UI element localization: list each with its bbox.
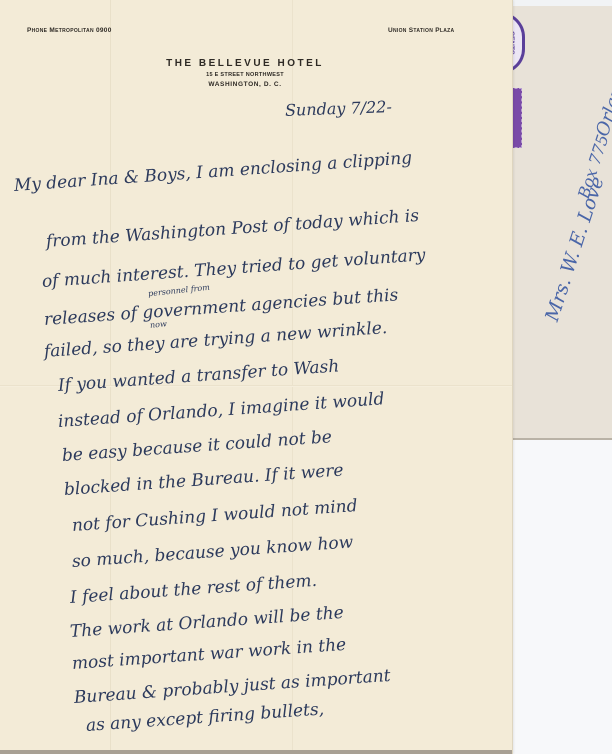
letter-line: My dear Ina & Boys, I am enclosing a cli… [13,148,412,196]
letter-insert: now [150,319,168,330]
letter-line: I feel about the rest of them. [69,571,317,608]
letterhead: THE BELLEVUE HOTEL 15 E STREET NORTHWEST… [160,58,330,88]
letter-line: most important war work in the [71,635,346,674]
envelope-edge [508,0,612,6]
letter-insert: personnel from [148,283,211,298]
envelope: CENTS Mrs. W. E. Love Box 775 Orlando, F… [508,4,612,440]
letter-line: of much interest. They tried to get volu… [41,245,426,292]
letter-date: Sunday 7/22- [285,97,392,120]
letter-line: so much, because you know how [71,532,354,572]
letter-sheet: Phone Metropolitan 0900 Union Station Pl… [0,0,513,754]
letter-line: instead of Orlando, I imagine it would [57,389,385,432]
envelope-address-name: Mrs. W. E. Love [541,174,608,324]
letter-line: If you wanted a transfer to Wash [57,356,340,396]
envelope-address-city: Orlando, Fla. [592,18,612,139]
letterhead-phone: Phone Metropolitan 0900 [27,27,112,34]
letter-line: blocked in the Bureau. If it were [63,460,344,499]
letter-line: as any except firing bullets, [85,699,324,736]
letter-line: from the Washington Post of today which … [45,206,419,252]
envelope-address-box: Box 775 [574,132,612,201]
letter-line: not for Cushing I would not mind [71,496,358,536]
hotel-name: THE BELLEVUE HOTEL [160,58,330,69]
letterhead-location: Union Station Plaza [388,27,454,34]
letter-edge [0,750,512,754]
hotel-street: 15 E STREET NORTHWEST [160,72,330,78]
letter-line: Bureau & probably just as important [73,666,391,708]
hotel-city: WASHINGTON, D. C. [160,81,330,88]
